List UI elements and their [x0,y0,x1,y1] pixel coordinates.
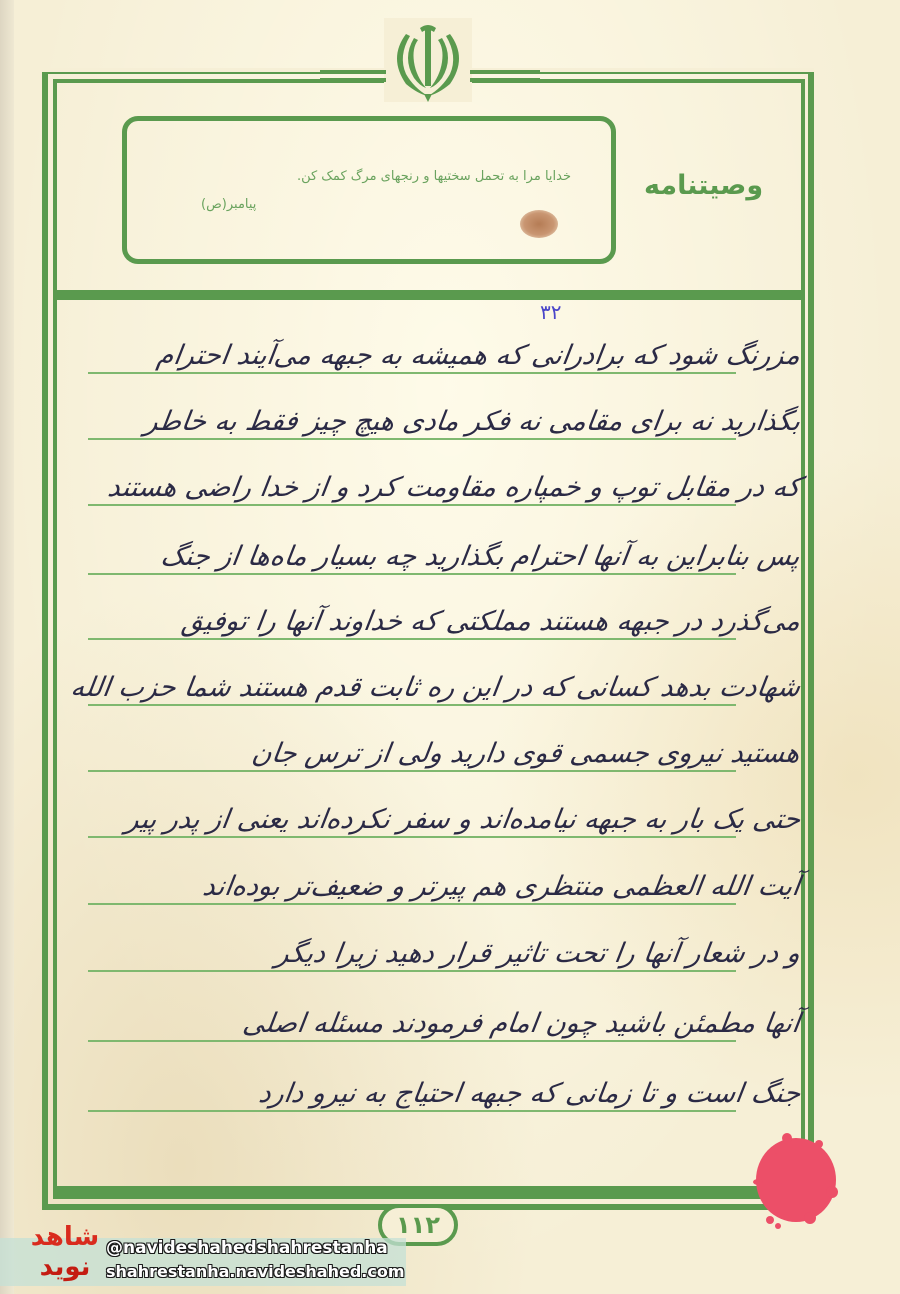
handwritten-line: بگذارید نه برای مقامی نه فکر مادی هیچ چی… [143,406,803,437]
handwritten-line: هستید نیروی جسمی قوی دارید ولی از ترس جا… [250,738,802,769]
stain-mark [520,210,558,238]
bottom-border-band [53,1186,805,1195]
ruled-line [88,372,736,374]
handwritten-line: مزرنگ شود که برادرانی که همیشه به جبهه م… [155,340,802,371]
quote-source: پیامبر(ص) [201,197,256,212]
handwritten-line: آیت الله العظمی منتظری هم پیرتر و ضعیف‌ت… [201,871,802,902]
watermark-logo: شاهد نوید [26,1222,104,1288]
ruled-line [88,573,736,575]
logo-line2: نوید [26,1252,104,1282]
handwritten-line: که در مقابل توپ و خمپاره مقاومت کرد و از… [106,472,803,503]
emblem-bar [470,70,540,74]
handwritten-line: جنگ است و تا زمانی که جبهه احتیاج به نیر… [256,1078,802,1109]
header-divider [53,290,805,300]
handwritten-line: آنها مطمئن باشید چون امام فرمودند مسئله … [241,1008,802,1039]
ruled-line [88,1040,736,1042]
handwritten-line: می‌گذرد در جبهه هستند مملکتی که خداوند آ… [180,606,803,637]
handwritten-line: پس بنابراین به آنها احترام بگذارید چه بس… [159,541,802,572]
emblem-bar [320,70,386,74]
ruled-line [88,504,736,506]
ruled-line [88,1110,736,1112]
ruled-line [88,903,736,905]
page-number-text: ۱۱۲ [396,1211,440,1239]
page-edge [0,0,14,1294]
emblem-bar [320,78,386,82]
handwritten-line: و در شعار آنها را تحت تاثیر قرار دهید زی… [274,938,802,969]
ruled-line [88,638,736,640]
blood-splat-icon [744,1122,844,1232]
quote-box: خدایا مرا به تحمل سختیها و رنجهای مرگ کم… [122,116,616,264]
iran-emblem-icon [384,18,472,102]
logo-line1: شاهد [26,1222,104,1252]
ruled-line [88,836,736,838]
watermark-website: shahrestanha.navideshahed.com [106,1262,405,1281]
ruled-line [88,438,736,440]
handwritten-line: شهادت بدهد کسانی که در این ره ثابت قدم ه… [69,672,802,703]
handwritten-line: حتی یک بار به جبهه نیامده‌اند و سفر نکرد… [123,804,802,835]
ruled-line [88,770,736,772]
quote-text: خدایا مرا به تحمل سختیها و رنجهای مرگ کم… [297,169,571,184]
emblem-bar [470,78,540,82]
margin-annotation: ۳۲ [540,300,561,324]
page-title: وصیتنامه [644,170,763,201]
ruled-line [88,704,736,706]
ruled-line [88,970,736,972]
watermark-handle: @navideshahedshahrestanha [106,1238,388,1258]
